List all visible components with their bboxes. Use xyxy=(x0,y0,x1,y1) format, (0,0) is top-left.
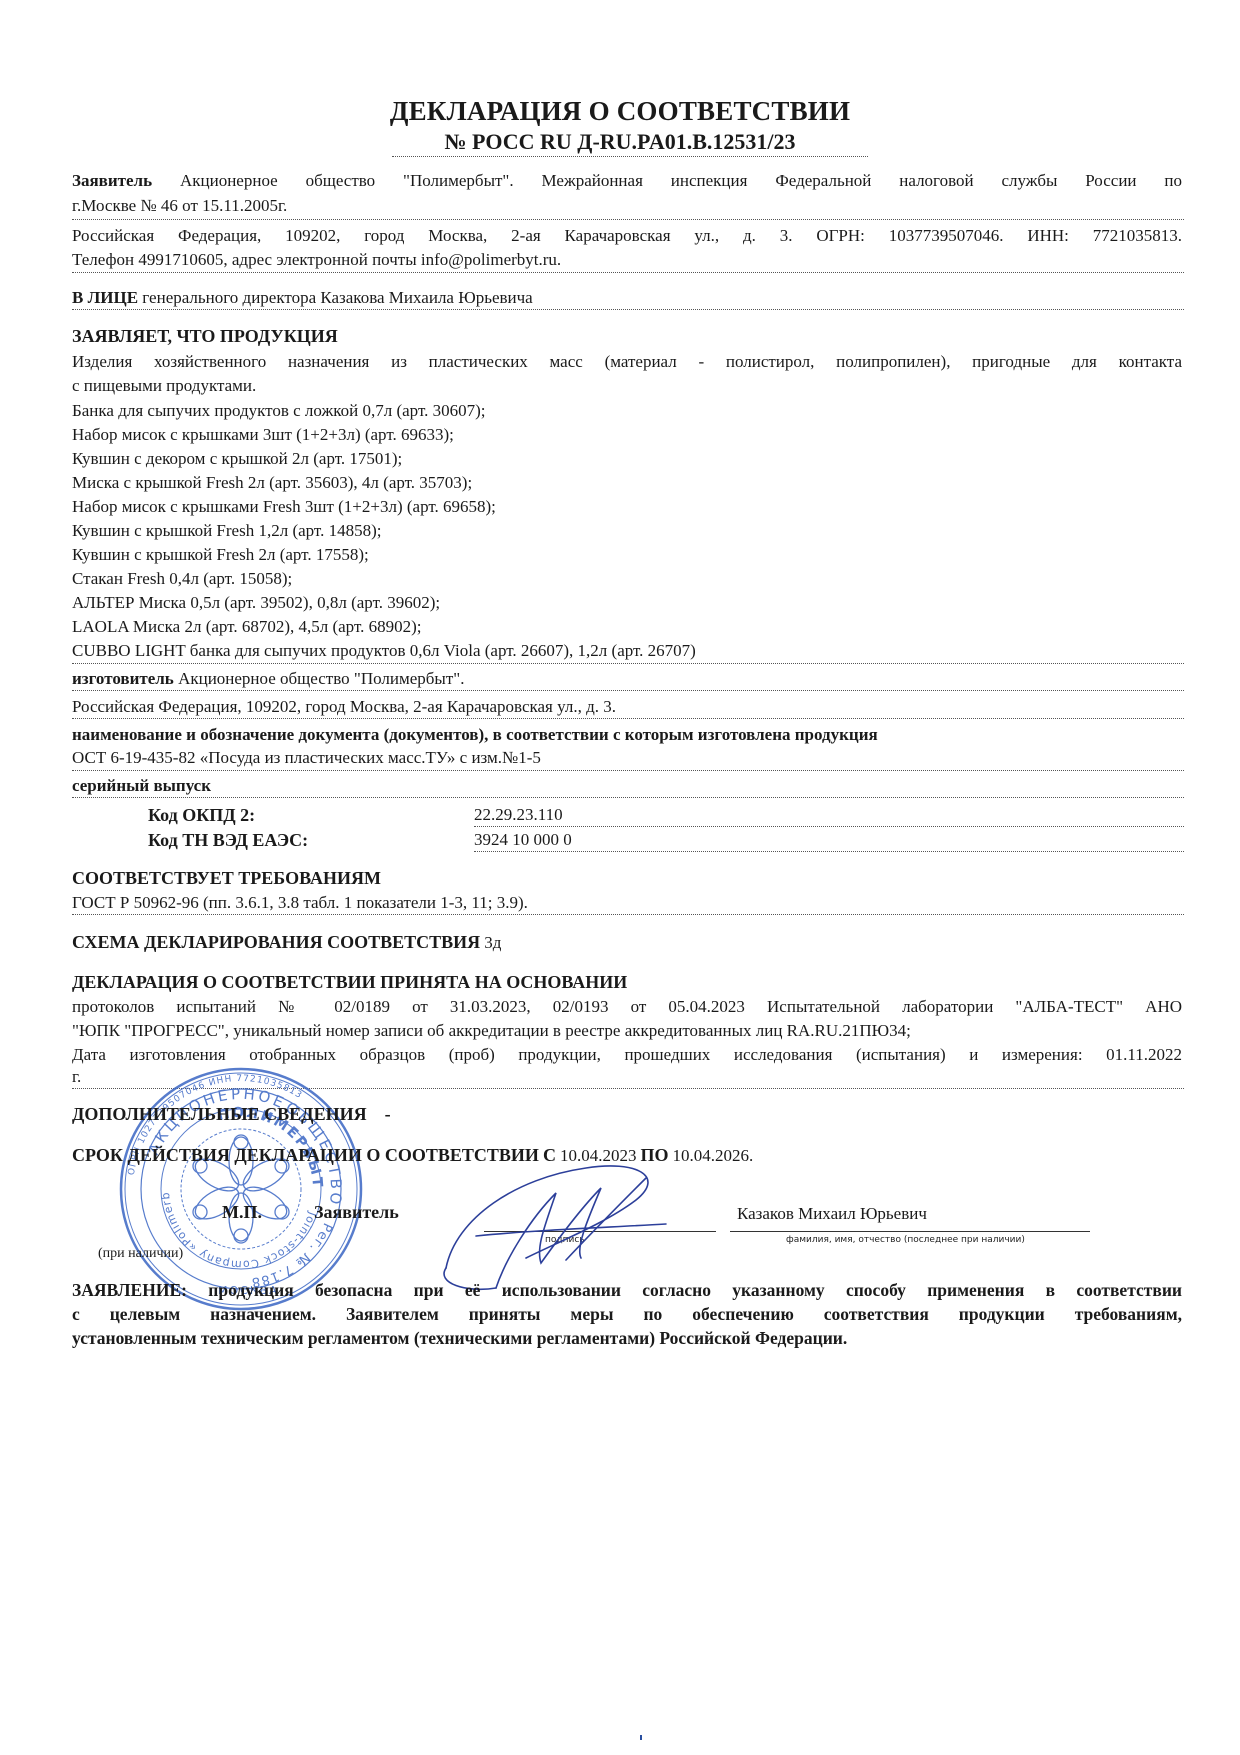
divider xyxy=(72,663,1184,664)
products-heading: ЗАЯВЛЯЕТ, ЧТО ПРОДУКЦИЯ xyxy=(72,326,338,347)
product-item: Стакан Fresh 0,4л (арт. 15058); xyxy=(72,568,292,590)
additional-line: ДОПОЛНИТЕЛЬНЫЕ СВЕДЕНИЯ - xyxy=(72,1104,391,1125)
product-item: Кувшин с крышкой Fresh 1,2л (арт. 14858)… xyxy=(72,520,381,542)
product-item: Миска с крышкой Fresh 2л (арт. 35603), 4… xyxy=(72,472,472,494)
basis-line-3: Дата изготовления отобранных образцов (п… xyxy=(72,1044,1182,1066)
declaration-page: ДЕКЛАРАЦИЯ О СООТВЕТСТВИИ № РОСС RU Д-RU… xyxy=(0,0,1240,1755)
divider xyxy=(474,826,1184,827)
divider xyxy=(474,851,1184,852)
product-item: Набор мисок с крышками Fresh 3шт (1+2+3л… xyxy=(72,496,496,518)
scan-mark xyxy=(640,1735,642,1740)
statement-label: ЗАЯВЛЕНИЕ: xyxy=(72,1280,187,1300)
tnved-value: 3924 10 000 0 xyxy=(474,829,572,851)
product-item: CUBBO LIGHT банка для сыпучих продуктов … xyxy=(72,640,696,662)
products-description-2: с пищевыми продуктами. xyxy=(72,375,256,397)
representative-text: генерального директора Казакова Михаила … xyxy=(142,288,532,307)
scheme-line: СХЕМА ДЕКЛАРИРОВАНИЯ СООТВЕТСТВИЯ 3д xyxy=(72,932,501,954)
basis-line-1: протоколов испытаний № 02/0189 от 31.03.… xyxy=(72,996,1182,1018)
additional-heading: ДОПОЛНИТЕЛЬНЫЕ СВЕДЕНИЯ xyxy=(72,1104,367,1124)
seal-label: М.П. xyxy=(222,1201,262,1223)
divider xyxy=(72,797,1184,798)
production-type: серийный выпуск xyxy=(72,775,211,797)
applicant-label: Заявитель xyxy=(72,171,152,190)
handwritten-signature xyxy=(436,1148,676,1298)
applicant-address: Российская Федерация, 109202, город Моск… xyxy=(72,225,1182,247)
applicant-sign-label: Заявитель xyxy=(314,1201,399,1223)
product-item: Банка для сыпучих продуктов с ложкой 0,7… xyxy=(72,400,486,422)
divider xyxy=(72,219,1184,220)
applicant-contacts: Телефон 4991710605, адрес электронной по… xyxy=(72,249,561,271)
signer-name: Казаков Михаил Юрьевич xyxy=(737,1203,927,1225)
standard-doc-heading: наименование и обозначение документа (до… xyxy=(72,724,878,746)
company-seal-stamp: ОГРН 1027739507046 ИНН 7721035813 АКЦИОН… xyxy=(118,1066,364,1312)
manufacturer-address: Российская Федерация, 109202, город Моск… xyxy=(72,696,616,718)
basis-line-2: "ЮПК "ПРОГРЕСС", уникальный номер записи… xyxy=(72,1020,911,1042)
validity-to-date: 10.04.2026. xyxy=(672,1146,753,1165)
name-line xyxy=(730,1231,1090,1232)
representative-line: В ЛИЦЕ генерального директора Казакова М… xyxy=(72,287,533,309)
document-title: ДЕКЛАРАЦИЯ О СООТВЕТСТВИИ xyxy=(0,96,1240,127)
divider xyxy=(72,272,1184,273)
basis-line-4: г. xyxy=(72,1066,81,1088)
okpd-value: 22.29.23.110 xyxy=(474,804,563,826)
statement-line-2: с целевым назначением. Заявителем принят… xyxy=(72,1303,1182,1325)
basis-heading: ДЕКЛАРАЦИЯ О СООТВЕТСТВИИ ПРИНЯТА НА ОСН… xyxy=(72,972,627,993)
statement-line-1: ЗАЯВЛЕНИЕ: продукция безопасна при её ис… xyxy=(72,1279,1182,1301)
manufacturer-text: Акционерное общество "Полимербыт". xyxy=(178,669,464,688)
divider xyxy=(392,156,868,157)
okpd-label: Код ОКПД 2: xyxy=(148,804,255,826)
product-item: Набор мисок с крышками 3шт (1+2+3л) (арт… xyxy=(72,424,454,446)
tnved-label: Код ТН ВЭД ЕАЭС: xyxy=(148,829,308,851)
product-item: Кувшин с декором с крышкой 2л (арт. 1750… xyxy=(72,448,402,470)
divider xyxy=(72,914,1184,915)
applicant-line-1: Заявитель Акционерное общество "Полимерб… xyxy=(72,170,1182,192)
requirements-text: ГОСТ Р 50962-96 (пп. 3.6.1, 3.8 табл. 1 … xyxy=(72,892,528,914)
statement-line-3: установленным техническим регламентом (т… xyxy=(72,1327,847,1349)
applicant-line-2: г.Москве № 46 от 15.11.2005г. xyxy=(72,195,287,217)
product-item: АЛЬТЕР Миска 0,5л (арт. 39502), 0,8л (ар… xyxy=(72,592,440,614)
seal-note: (при наличии) xyxy=(98,1243,183,1265)
scheme-heading: СХЕМА ДЕКЛАРИРОВАНИЯ СООТВЕТСТВИЯ xyxy=(72,932,480,952)
manufacturer-line: изготовитель Акционерное общество "Полим… xyxy=(72,668,464,690)
additional-value: - xyxy=(385,1104,391,1124)
representative-label: В ЛИЦЕ xyxy=(72,288,138,307)
divider xyxy=(72,770,1184,771)
divider xyxy=(72,690,1184,691)
document-number: № РОСС RU Д-RU.PA01.B.12531/23 xyxy=(0,129,1240,155)
applicant-text: Акционерное общество "Полимербыт". Межра… xyxy=(180,171,1182,190)
manufacturer-label: изготовитель xyxy=(72,669,174,688)
product-item: Кувшин с крышкой Fresh 2л (арт. 17558); xyxy=(72,544,369,566)
divider xyxy=(72,718,1184,719)
products-description-1: Изделия хозяйственного назначения из пла… xyxy=(72,351,1182,373)
divider xyxy=(72,309,1184,310)
scheme-value: 3д xyxy=(484,933,501,952)
product-item: LAOLA Миска 2л (арт. 68702), 4,5л (арт. … xyxy=(72,616,422,638)
requirements-heading: СООТВЕТСТВУЕТ ТРЕБОВАНИЯМ xyxy=(72,868,381,889)
standard-doc-text: ОСТ 6-19-435-82 «Посуда из пластических … xyxy=(72,747,541,769)
name-caption: фамилия, имя, отчество (последнее при на… xyxy=(786,1235,1025,1245)
